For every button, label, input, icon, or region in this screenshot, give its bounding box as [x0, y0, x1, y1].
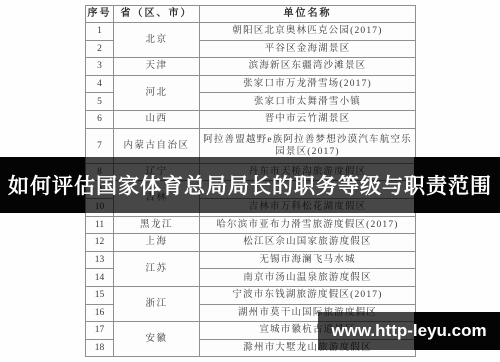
table-row: 6山西晋中市云竹湖景区: [86, 110, 416, 128]
column-header: 单位名称: [200, 6, 416, 23]
unit-name-cell: 平谷区金海湖景区: [200, 40, 416, 58]
table-row: 11黑龙江哈尔滨市亚布力滑雪旅游度假区(2017): [86, 216, 416, 234]
unit-name-cell: 松江区佘山国家旅游度假区: [200, 234, 416, 252]
table-row: 12上海松江区佘山国家旅游度假区: [86, 234, 416, 252]
row-number-cell: 14: [86, 269, 114, 287]
table-row: 序号省（区、市）单位名称: [86, 6, 416, 23]
unit-name-cell: 滨海新区东疆湾沙滩景区: [200, 58, 416, 76]
headline-banner: 如何评估国家体育总局局长的职务等级与职责范围: [0, 157, 500, 213]
row-number-cell: 3: [86, 58, 114, 76]
unit-name-cell: 无锡市海澜飞马水城: [200, 251, 416, 269]
unit-name-cell: 张家口市太舞滑雪小镇: [200, 93, 416, 111]
table-row: 15浙江宁波市东钱湖旅游度假区(2017): [86, 286, 416, 304]
headline-text: 如何评估国家体育总局局长的职务等级与职责范围: [0, 157, 500, 213]
province-cell: 浙江: [114, 286, 200, 321]
column-header: 序号: [86, 6, 114, 23]
table-row: 4河北张家口市万龙滑雪场(2017): [86, 75, 416, 93]
row-number-cell: 1: [86, 23, 114, 41]
row-number-cell: 13: [86, 251, 114, 269]
province-cell: 上海: [114, 234, 200, 252]
province-cell: 黑龙江: [114, 216, 200, 234]
watermark-url-text: www.http-leyu.com: [318, 312, 500, 350]
unit-name-cell: 宁波市东钱湖旅游度假区(2017): [200, 286, 416, 304]
province-cell: 山西: [114, 110, 200, 128]
row-number-cell: 18: [86, 339, 114, 357]
table-row: 1北京朝阳区北京奥林匹克公园(2017): [86, 23, 416, 41]
unit-name-cell: 南京市汤山温泉旅游度假区: [200, 269, 416, 287]
province-cell: 河北: [114, 75, 200, 110]
watermark-banner: www.http-leyu.com: [318, 312, 500, 350]
row-number-cell: 4: [86, 75, 114, 93]
province-cell: 江苏: [114, 251, 200, 286]
province-cell: 安徽: [114, 322, 200, 357]
row-number-cell: 17: [86, 322, 114, 340]
table-header-row: 序号省（区、市）单位名称: [86, 6, 416, 23]
province-cell: 天津: [114, 58, 200, 76]
row-number-cell: 11: [86, 216, 114, 234]
unit-name-cell: 朝阳区北京奥林匹克公园(2017): [200, 23, 416, 41]
unit-name-cell: 晋中市云竹湖景区: [200, 110, 416, 128]
row-number-cell: 15: [86, 286, 114, 304]
document-page: 序号省（区、市）单位名称 1北京朝阳区北京奥林匹克公园(2017)2平谷区金海湖…: [0, 0, 500, 362]
table-row: 3天津滨海新区东疆湾沙滩景区: [86, 58, 416, 76]
row-number-cell: 12: [86, 234, 114, 252]
row-number-cell: 6: [86, 110, 114, 128]
province-cell: 北京: [114, 23, 200, 58]
row-number-cell: 16: [86, 304, 114, 322]
row-number-cell: 2: [86, 40, 114, 58]
unit-name-cell: 张家口市万龙滑雪场(2017): [200, 75, 416, 93]
row-number-cell: 5: [86, 93, 114, 111]
column-header: 省（区、市）: [114, 6, 200, 23]
table-row: 13江苏无锡市海澜飞马水城: [86, 251, 416, 269]
unit-name-cell: 哈尔滨市亚布力滑雪旅游度假区(2017): [200, 216, 416, 234]
